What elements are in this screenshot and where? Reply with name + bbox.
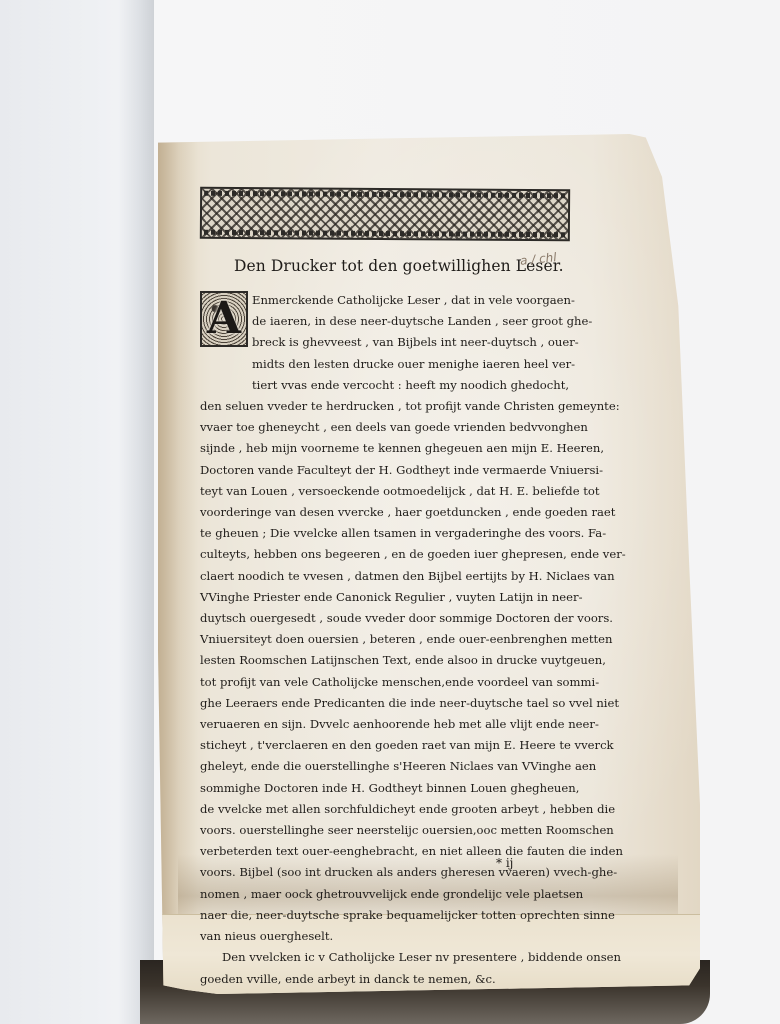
text-line: voors. ouerstellinghe seer neerstelijc o… (200, 820, 610, 841)
text-line: de iaeren, in dese neer-duytsche Landen … (200, 311, 610, 332)
text-line: nomen , maer oock ghetrouvvelijck ende g… (200, 884, 610, 905)
book-page: Den Drucker tot den goetwillighen Leser.… (158, 134, 700, 994)
text-line: Den vvelcken ic v Catholijcke Leser nv p… (200, 947, 610, 968)
text-line: gheleyt, ende die ouerstellinghe s'Heere… (200, 756, 610, 777)
text-line: veruaeren en sijn. Dvvelc aenhoorende he… (200, 714, 610, 735)
text-line: sijnde , heb mijn voorneme te kennen ghe… (200, 438, 610, 459)
text-line: culteyts, hebben ons begeeren , en de go… (200, 544, 610, 565)
text-line: vvaer toe gheneycht , een deels van goed… (200, 417, 610, 438)
text-line: de vvelcke met allen sorchfuldicheyt end… (200, 799, 610, 820)
text-line: Enmerckende Catholijcke Leser , dat in v… (200, 290, 610, 311)
text-line: voorderinge van desen vvercke , haer goe… (200, 502, 610, 523)
text-line: ghe Leeraers ende Predicanten die inde n… (200, 693, 610, 714)
text-line: sommighe Doctoren inde H. Godtheyt binne… (200, 778, 610, 799)
text-line: midts den lesten drucke ouer menighe iae… (200, 354, 610, 375)
text-line: duytsch ouergesedt , soude vveder door s… (200, 608, 610, 629)
text-line: naer die, neer-duytsche sprake bequameli… (200, 905, 610, 926)
text-line: tot profijt van vele Catholijcke mensche… (200, 672, 610, 693)
text-line: van nieus ouergheselt. (200, 926, 610, 947)
text-line: Vniuersiteyt doen ouersien , beteren , e… (200, 629, 610, 650)
text-line: VVinghe Priester ende Canonick Regulier … (200, 587, 610, 608)
text-line: lesten Roomschen Latijnschen Text, ende … (200, 650, 610, 671)
woodcut-headpiece-ornament (200, 187, 570, 242)
body-text: Enmerckende Catholijcke Leser , dat in v… (200, 290, 610, 990)
signature-mark: * ij (496, 856, 513, 870)
text-line: claert noodich te vvesen , datmen den Bi… (200, 566, 610, 587)
text-line: tiert vvas ende vercocht : heeft my nood… (200, 375, 610, 396)
text-line: teyt van Louen , versoeckende ootmoedeli… (200, 481, 610, 502)
book-gutter-shadow (118, 0, 154, 1024)
text-line: sticheyt , t'verclaeren en den goeden ra… (200, 735, 610, 756)
page-title: Den Drucker tot den goetwillighen Leser. (234, 257, 564, 275)
text-line: breck is ghevveest , van Bijbels int nee… (200, 332, 610, 353)
text-line: verbeterden text ouer-eenghebracht, en n… (200, 841, 610, 862)
text-line: goeden vville, ende arbeyt in danck te n… (200, 969, 610, 990)
text-line: te gheuen ; Die vvelcke allen tsamen in … (200, 523, 610, 544)
text-line: den seluen vveder te herdrucken , tot pr… (200, 396, 610, 417)
text-line: Doctoren vande Faculteyt der H. Godtheyt… (200, 460, 610, 481)
text-line: voors. Bijbel (soo int drucken als ander… (200, 862, 610, 883)
